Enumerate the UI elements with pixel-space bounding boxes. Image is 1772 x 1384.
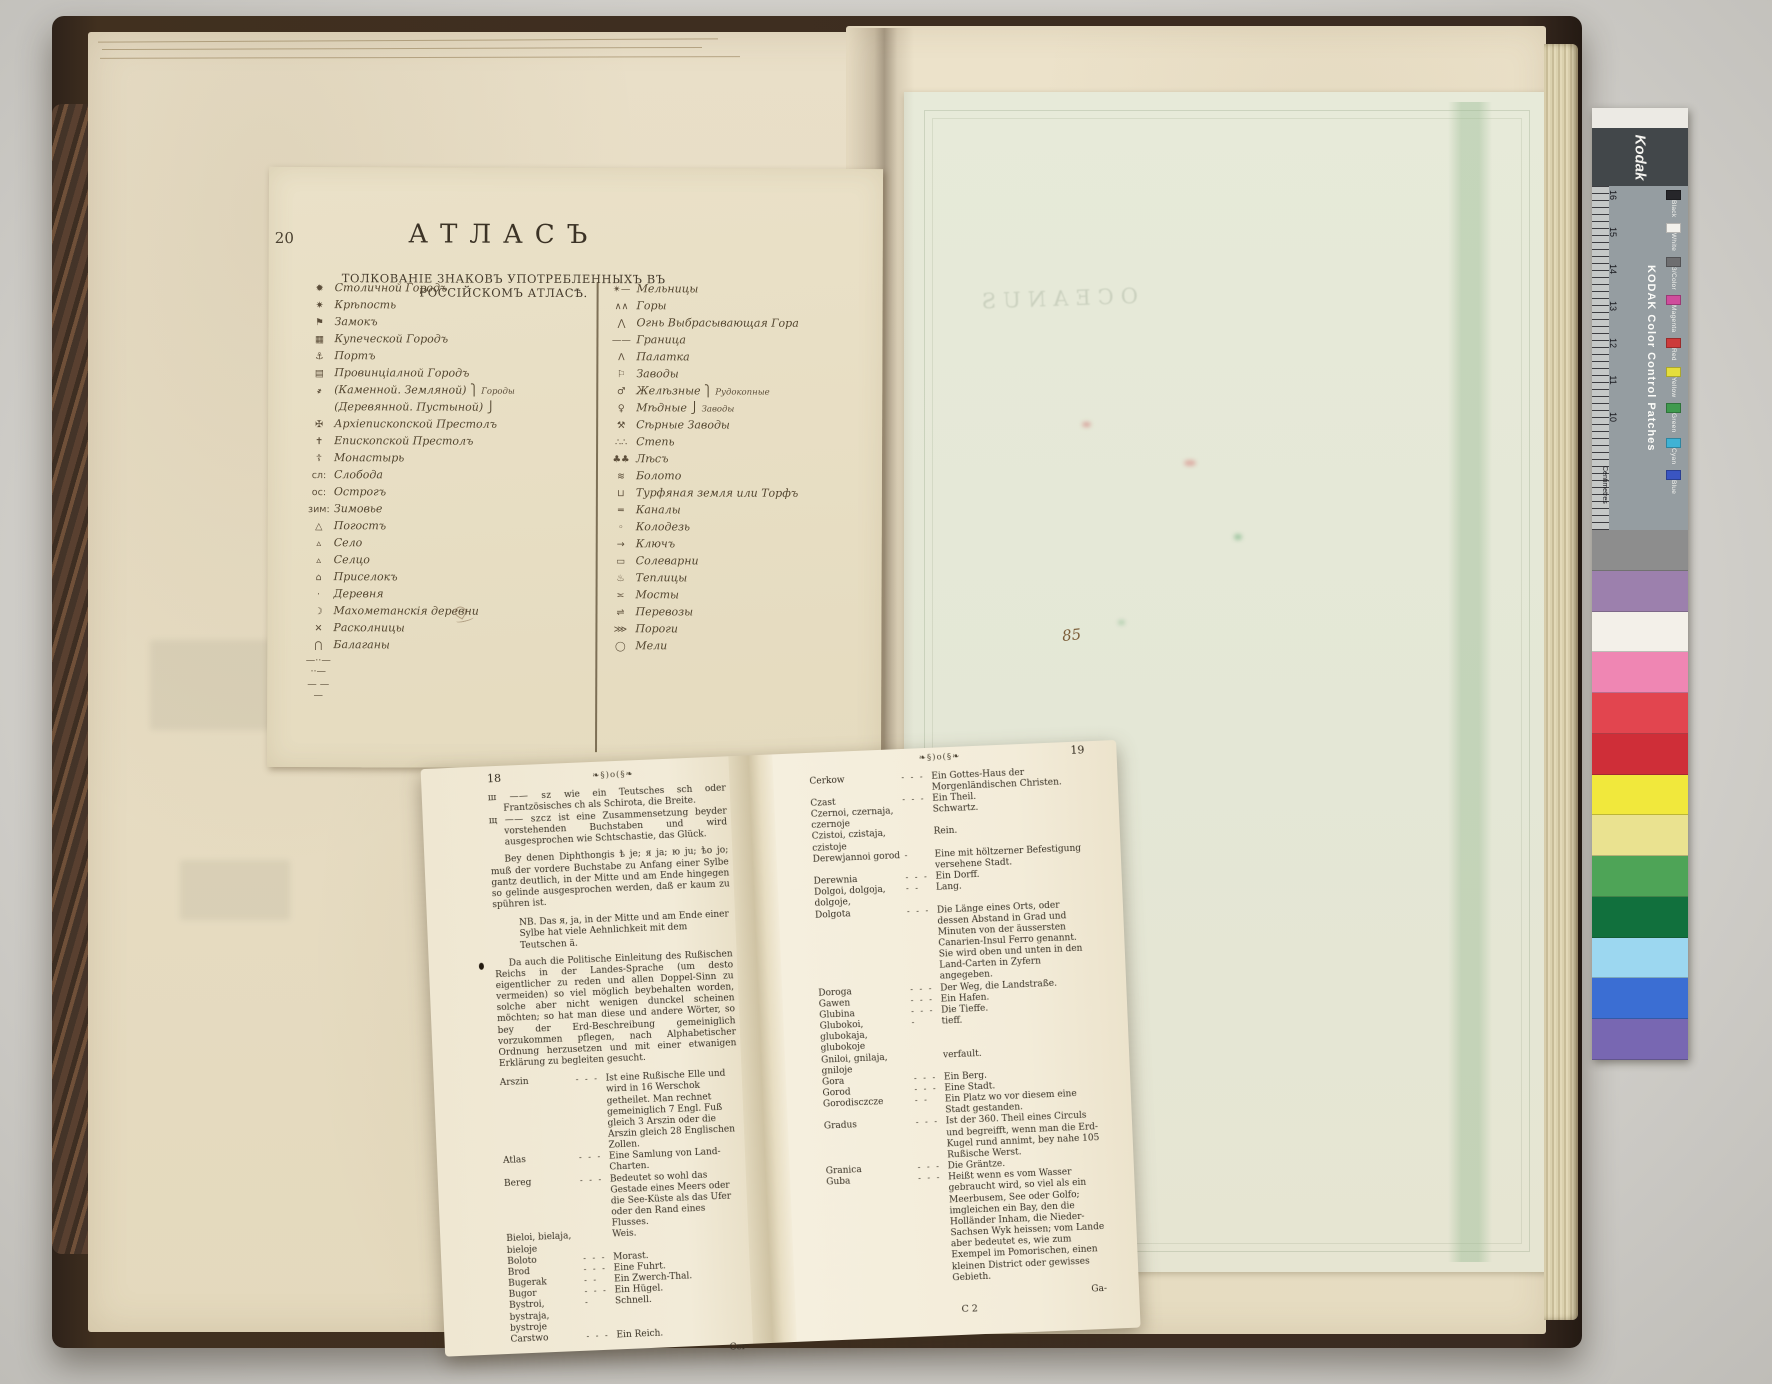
map-symbol-icon: ✹ [305, 283, 335, 294]
color-chip [1666, 470, 1681, 480]
glossary-dashes: - - - [576, 1074, 606, 1085]
color-patch [1592, 938, 1688, 979]
legend-row: ⚐ Заводы [606, 367, 874, 382]
glossary-dashes [582, 1237, 612, 1238]
legend-label: Сѣрные Заводы [636, 418, 730, 431]
color-label-item: Blue [1666, 470, 1681, 494]
legend-label: Мели [635, 639, 667, 652]
legend-row: ♂ Желѣзные ⎫ Рудокопные [606, 384, 874, 399]
color-label-item: Green [1666, 403, 1681, 433]
glossary-term: Bereg [504, 1175, 580, 1189]
glossary-dashes: - - - [907, 905, 937, 916]
legend-row: ◯ Мели [605, 639, 873, 654]
glossary-dashes: - - - [584, 1263, 614, 1274]
map-symbol-icon: → [606, 539, 636, 550]
legend-row: ⌂ Приселокъ [304, 570, 588, 585]
glossary-dashes [903, 812, 933, 813]
glossary-dashes: - - - [905, 872, 935, 883]
page-number: 19 [1070, 743, 1085, 757]
glossary-19: Cerkow - - - Ein Gottes-Haus der Morgenl… [809, 765, 1106, 1289]
glossary-dashes: - - - [918, 1173, 948, 1184]
legend-row: ⚓ Портъ [304, 349, 588, 364]
color-label: White [1670, 233, 1677, 251]
legend-label: Столичной Городъ [335, 281, 448, 294]
map-symbol-icon: сл: [304, 470, 334, 481]
glossary-dashes: - - - [579, 1152, 609, 1163]
legend-label: Погостъ [334, 519, 386, 532]
legend-row: ◦ Колодезь [606, 520, 874, 535]
legend-label: Мосты [636, 588, 679, 601]
map-symbol-icon: ⌂ [304, 572, 334, 583]
letter-entries: ш —— sz wie ein Teutsches sch oder Frant… [488, 783, 728, 850]
legend-label: Огнь Выбрасывающая Гора [636, 316, 798, 330]
legend-label: Балаганы [333, 638, 390, 651]
map-speck [1082, 422, 1091, 427]
legend-row: ♀ Мѣдные ⎭ Заводы [606, 401, 874, 416]
fore-edge-pages [1544, 44, 1578, 1320]
legend-label: Портъ [334, 349, 375, 362]
column-divider [595, 282, 598, 752]
map-symbol-icon: ☽ [303, 606, 333, 617]
ruler-number: 13 [1608, 298, 1618, 314]
map-symbol-icon: △ [304, 521, 334, 532]
color-label: 3/Color [1670, 267, 1677, 290]
glossary-term: Carstwo [510, 1332, 586, 1346]
color-patch [1592, 693, 1688, 734]
ruler-number: 14 [1608, 261, 1618, 277]
kodak-logo: Kodak [1632, 134, 1649, 180]
color-label-item: Cyan [1666, 438, 1681, 464]
map-symbol-icon: ≋ [606, 471, 636, 482]
page-title: АТЛАСЪ [289, 219, 719, 251]
map-green-band [1448, 102, 1492, 1262]
color-patch [1592, 1019, 1688, 1060]
map-symbol-icon: ✠ [304, 419, 334, 430]
page-number: 18 [487, 772, 502, 786]
color-label: Black [1670, 200, 1677, 217]
color-patch [1592, 775, 1688, 816]
legend-row: ✷ Крѣпость [305, 298, 589, 313]
patch-list [1592, 530, 1688, 1060]
map-symbol-icon: ▦ [304, 334, 334, 345]
legend-label: Купеческой Городъ [334, 332, 448, 345]
glossary-term: Atlas [503, 1153, 579, 1167]
map-symbol-icon: ✷ [305, 300, 335, 311]
paragraph: Bey denen Diphthongis ѣ je; я ja; ю ju; … [490, 846, 730, 912]
legend-label: Желѣзные ⎫ [636, 384, 712, 397]
legend-row: ☦ Монастырь [304, 451, 588, 466]
glossary-definition: Ist eine Rußische Elle und wird in 16 We… [606, 1068, 741, 1152]
kodak-brand-band: Kodak [1592, 128, 1688, 186]
legend-row: — — — [303, 679, 587, 702]
map-symbol-icon: ⚐ [606, 369, 636, 380]
map-symbol-icon: ▵ [304, 538, 334, 549]
legend-row: ▤ Провинціалной Городъ [304, 366, 588, 381]
legend-row: ✠ Архіепископской Престолъ [304, 417, 588, 432]
legend-label: Епископской Престолъ [334, 434, 473, 447]
kodak-ruler-section: 16151413121110 KODAK Color Control Patch… [1592, 186, 1688, 530]
legend-label: Степь [636, 435, 674, 448]
legend-label: Расколницы [333, 621, 404, 634]
glossary-row: Dolgota - - - Die Länge eines Orts, oder… [815, 899, 1094, 989]
legend-label: Лѣсъ [636, 452, 668, 465]
glossary-dashes: - - - [918, 1162, 948, 1173]
legend-row: ≍ Мосты [606, 588, 874, 603]
paragraph: NB. Das я, ja, in der Mitte und am Ende … [493, 907, 732, 952]
glossary-row: Guba - - - Heißt wenn es vom Wasser gebr… [826, 1166, 1106, 1289]
color-label-item: 3/Color [1666, 257, 1681, 290]
legend-row: ∴∴ Степь [606, 435, 874, 450]
legend-row: ⚑ Замокъ [304, 315, 588, 330]
ruler-number: 12 [1608, 335, 1618, 351]
color-patch [1592, 530, 1688, 571]
kodak-color-control-strip: Kodak 16151413121110 KODAK Color Control… [1592, 108, 1688, 1060]
legend-label: Колодезь [636, 520, 690, 533]
legend-row: ⋀ Огнь Выбрасывающая Гора [606, 316, 874, 331]
legend-row: —— Граница [606, 333, 874, 348]
legend-row: ♨ Теплицы [606, 571, 874, 586]
map-speck [1234, 534, 1242, 540]
glossary-dashes: - - - [914, 1072, 944, 1083]
color-patch [1592, 856, 1688, 897]
legend-label: Острогъ [334, 485, 386, 498]
legend-row: ⚒ Сѣрные Заводы [606, 418, 874, 433]
glossary-term: Gorodisczcze [823, 1096, 915, 1111]
legend-row: → Ключъ [606, 537, 874, 552]
legend-note: Заводы [702, 404, 735, 414]
legend-row: ▭ Солеварни [606, 554, 874, 569]
glossary-dashes: - - - [914, 1083, 944, 1094]
map-symbol-icon: — — — [303, 679, 333, 701]
glossary-dashes: - - - [586, 1330, 616, 1341]
map-symbol-icon: ♂ [606, 386, 636, 397]
glossary-dashes: - [904, 849, 934, 860]
legend-row: зим: Зимовье [304, 502, 588, 517]
map-symbol-icon: ⇌ [605, 607, 635, 618]
legend-row: сл: Слобода [304, 468, 588, 483]
legend-label: Селцо [334, 553, 370, 566]
glossary-dashes: - - - [911, 1005, 941, 1016]
map-symbol-icon: —— [606, 335, 636, 346]
catchword: Cer- [511, 1342, 749, 1363]
legend-row: ⇌ Перевозы [605, 605, 873, 620]
glossary-dashes: - - - [916, 1117, 946, 1128]
color-patch [1592, 815, 1688, 856]
map-symbol-icon: зим: [304, 504, 334, 515]
color-label: Blue [1670, 480, 1677, 494]
legend-label: Пороги [635, 622, 678, 635]
map-symbol-icon: ♣♣ [606, 454, 636, 465]
legend-row: ☽ Махометанскія деревни [303, 604, 587, 619]
map-symbol-icon: ▭ [606, 556, 636, 567]
color-patch [1592, 897, 1688, 938]
color-label: Yellow [1670, 377, 1677, 397]
ruler-number: 11 [1608, 372, 1618, 388]
legend-row: △ Погостъ [304, 519, 588, 534]
legend-row: ≋ Болото [606, 469, 874, 484]
ruler-numbers: 16151413121110 [1605, 190, 1621, 422]
kodak-strip-cap [1592, 108, 1688, 128]
glossary-row: Bereg - - - Bedeutet so wohl das Gestade… [504, 1169, 744, 1235]
legend-label: Зимовье [334, 502, 383, 515]
glossary-dashes [913, 1057, 943, 1058]
paragraph: Da auch die Politische Einleitung des Ru… [495, 949, 737, 1070]
glossary-term: Gradus [824, 1118, 916, 1133]
glossary-dashes: - - - [911, 994, 941, 1005]
legend-label: Болото [636, 469, 681, 482]
legend-row: ▵ Село [304, 536, 588, 551]
color-label-item: Black [1666, 190, 1681, 217]
legend-sheet: 20 АТЛАСЪ ТОЛКОВАНІЕ ЗНАКОВЪ УПОТРЕБЛЕНН… [267, 167, 883, 769]
glossary-term: Bystroi, bystraja, bystroje [509, 1298, 586, 1335]
legend-row: ✴— Мельницы [607, 282, 875, 297]
legend-label: Ключъ [636, 537, 675, 550]
glossary-dashes: - - [906, 883, 936, 894]
glossary-dashes: - [911, 1017, 941, 1028]
glossary-dashes: - - - [580, 1174, 610, 1185]
color-chip [1666, 367, 1681, 377]
map-symbol-icon: ≍ [606, 590, 636, 601]
color-label-item: Magenta [1666, 295, 1681, 332]
color-chip [1666, 295, 1681, 305]
map-symbol-icon: ◯ [605, 641, 635, 652]
photographed-atlas-scan: OCEANUS 85 20 АТЛАСЪ ТОЛКОВАНІЕ ЗНАКОВЪ … [0, 0, 1772, 1384]
glossary-dashes: - - [915, 1095, 945, 1106]
map-symbol-icon: ◦ [606, 522, 636, 533]
legend-column-left: ✹ Столичной Городъ ✷ Крѣпость ⚑ Замокъ [303, 281, 588, 705]
legend-row: ✕ Расколницы [303, 621, 587, 636]
color-chip [1666, 257, 1681, 267]
color-chip [1666, 338, 1681, 348]
legend-label: Турфяная земля или Торфъ [636, 486, 798, 500]
glossary-term: Guba [826, 1174, 918, 1189]
glossary-booklet: 18 ❧§)o(§❧ ш —— sz wie ein Teutsches sch… [421, 740, 1141, 1357]
color-label-item: Red [1666, 338, 1681, 361]
color-label: Green [1670, 413, 1677, 433]
ruler-number: 15 [1608, 224, 1618, 240]
legend-row: (Деревянной. Пустыной) ⎭ [304, 400, 588, 415]
color-patch [1592, 652, 1688, 693]
map-symbol-icon: ҂ [304, 385, 334, 396]
color-chip [1666, 403, 1681, 413]
glossary-term: Arszin [500, 1075, 576, 1089]
glossary-dashes: - - - [584, 1286, 614, 1297]
map-symbol-icon: ☦ [304, 453, 334, 464]
glossary-dashes: - - - [583, 1252, 613, 1263]
map-symbol-icon: ♀ [606, 403, 636, 414]
glossary-term: Dolgota [815, 906, 907, 921]
page-18-paragraphs: Bey denen Diphthongis ѣ je; я ja; ю ju; … [490, 846, 737, 1071]
legend-label: Замокъ [334, 315, 377, 328]
color-chip [1666, 190, 1681, 200]
map-symbol-icon: ✝ [304, 436, 334, 447]
legend-note: Рудокопные [715, 387, 769, 397]
color-label: Cyan [1670, 448, 1677, 464]
legend-row: ⋙ Пороги [605, 622, 873, 637]
map-symbol-icon: ▵ [304, 555, 334, 566]
color-chip [1666, 438, 1681, 448]
legend-row: ҂ (Каменной. Земляной) ⎫ Городы [304, 383, 588, 398]
glossary-term: Derewjannoi gorod [813, 851, 905, 866]
color-patch [1592, 734, 1688, 775]
bleedthrough-smudge [180, 860, 290, 920]
legend-row: ═ Каналы [606, 503, 874, 518]
color-label: Magenta [1670, 305, 1677, 332]
map-symbol-icon: ⊔ [606, 488, 636, 499]
map-symbol-icon: ✕ [303, 623, 333, 634]
legend-label: Архіепископской Престолъ [334, 417, 497, 431]
map-symbol-icon: ▤ [304, 368, 334, 379]
color-patch [1592, 978, 1688, 1019]
color-label-item: White [1666, 223, 1681, 251]
legend-label: (Деревянной. Пустыной) ⎭ [334, 400, 495, 414]
legend-label: Мельницы [637, 282, 699, 295]
map-symbol-icon: ⚒ [606, 420, 636, 431]
glossary-dashes: - - - [910, 983, 940, 994]
legend-label: Приселокъ [334, 570, 398, 583]
ruler-number: 10 [1608, 409, 1618, 425]
legend-row: Λ Палатка [606, 350, 874, 365]
map-symbol-icon: —··—··— [303, 655, 333, 677]
glossary-row: Arszin - - - Ist eine Rußische Elle und … [500, 1068, 741, 1156]
color-chip [1666, 223, 1681, 233]
legend-row: ✹ Столичной Городъ [305, 281, 589, 296]
map-speck [1184, 460, 1196, 466]
glossary-18: Arszin - - - Ist eine Rußische Elle und … [500, 1068, 749, 1345]
legend-label: Граница [636, 333, 685, 346]
legend-label: Каналы [636, 503, 681, 516]
legend-label: Заводы [636, 367, 678, 380]
color-patch [1592, 571, 1688, 612]
map-symbol-icon: ♨ [606, 573, 636, 584]
map-symbol-icon: ⚓ [304, 351, 334, 362]
legend-label: Палатка [636, 350, 689, 363]
glossary-definition: Bedeutet so wohl das Gestade eines Meers… [610, 1169, 744, 1230]
legend-note: Городы [481, 387, 515, 397]
glossary-definition: Heißt wenn es vom Wasser gebraucht wird,… [948, 1166, 1107, 1284]
legend-row: ос: Острогъ [304, 485, 588, 500]
map-symbol-icon: ✴— [607, 284, 637, 295]
map-speck [1118, 620, 1125, 625]
color-label-list: Black White 3/Color Magenta [1660, 190, 1687, 494]
legend-column-right: ✴— Мельницы ∧∧ Горы ⋀ Огнь Выбрасывающая… [605, 282, 874, 657]
ruler-number: 16 [1608, 187, 1618, 203]
glossary-definition: Ist der 360. Theil eines Circuls und beg… [946, 1110, 1102, 1161]
glossary-dashes: - [585, 1297, 615, 1308]
legend-label: Мѣдные ⎭ [636, 401, 698, 414]
map-symbol-icon: ∴∴ [606, 437, 636, 448]
glossary-dashes: - - [584, 1275, 614, 1286]
handwritten-margin-number: 85 [1061, 625, 1082, 645]
legend-row: ∧∧ Горы [607, 299, 875, 314]
legend-row: ⊔ Турфяная земля или Торфъ [606, 486, 874, 501]
color-patch [1592, 612, 1688, 653]
legend-row: ▦ Купеческой Городъ [304, 332, 588, 347]
legend-row: ♣♣ Лѣсъ [606, 452, 874, 467]
glossary-dashes: - - - [901, 771, 931, 782]
map-symbol-icon: ⋙ [605, 624, 635, 635]
legend-label: Монастырь [334, 451, 404, 464]
glossary-term: Glubokoi, glubokaja, glubokoje [820, 1018, 913, 1055]
legend-label: Деревня [334, 587, 384, 600]
map-symbol-icon: ∧∧ [607, 301, 637, 312]
glossary-term: Bieloi, bielaja, bieloje [506, 1231, 583, 1256]
glossary-term: Cerkow [809, 773, 901, 788]
map-symbol-icon: · [304, 589, 334, 600]
color-label: Red [1670, 348, 1677, 361]
map-symbol-icon: ⋀ [606, 318, 636, 329]
map-symbol-icon: ⚑ [304, 317, 334, 328]
glossary-dashes [904, 834, 934, 835]
legend-row: ⋂ Балаганы [303, 638, 587, 653]
map-symbol-icon: Λ [606, 352, 636, 363]
map-symbol-icon: ═ [606, 505, 636, 516]
legend-label: Слобода [334, 468, 383, 481]
legend-label: (Каменной. Земляной) ⎫ [334, 383, 478, 397]
page-18: 18 ❧§)o(§❧ ш —— sz wie ein Teutsches sch… [487, 762, 750, 1363]
glossary-definition: Die Länge eines Orts, oder dessen Abstan… [937, 899, 1094, 983]
page-19: ❧§)o(§❧ 19 Cerkow - - - Ein Gottes-Haus … [808, 743, 1107, 1321]
legend-label: Теплицы [636, 571, 688, 584]
legend-row: ▵ Селцо [304, 553, 588, 568]
glossary-dashes: - - - [902, 794, 932, 805]
legend-label: Горы [637, 299, 667, 312]
legend-label: Провинціалной Городъ [334, 366, 469, 379]
legend-label: Солеварни [636, 554, 699, 567]
color-label-item: Yellow [1666, 367, 1681, 397]
map-symbol-icon: ос: [304, 487, 334, 498]
legend-row: —··—··— [303, 655, 587, 678]
legend-label: Село [334, 536, 363, 549]
centimetres-label: Centimetres [1594, 466, 1608, 528]
map-symbol-icon: ⋂ [303, 640, 333, 651]
legend-label: Перевозы [635, 605, 693, 618]
legend-row: ✝ Епископской Престолъ [304, 434, 588, 449]
legend-label: Крѣпость [335, 298, 397, 311]
kodak-strip-title: KODAK Color Control Patches [1625, 198, 1657, 518]
ink-speck [479, 963, 484, 970]
legend-row: · Деревня [304, 587, 588, 602]
